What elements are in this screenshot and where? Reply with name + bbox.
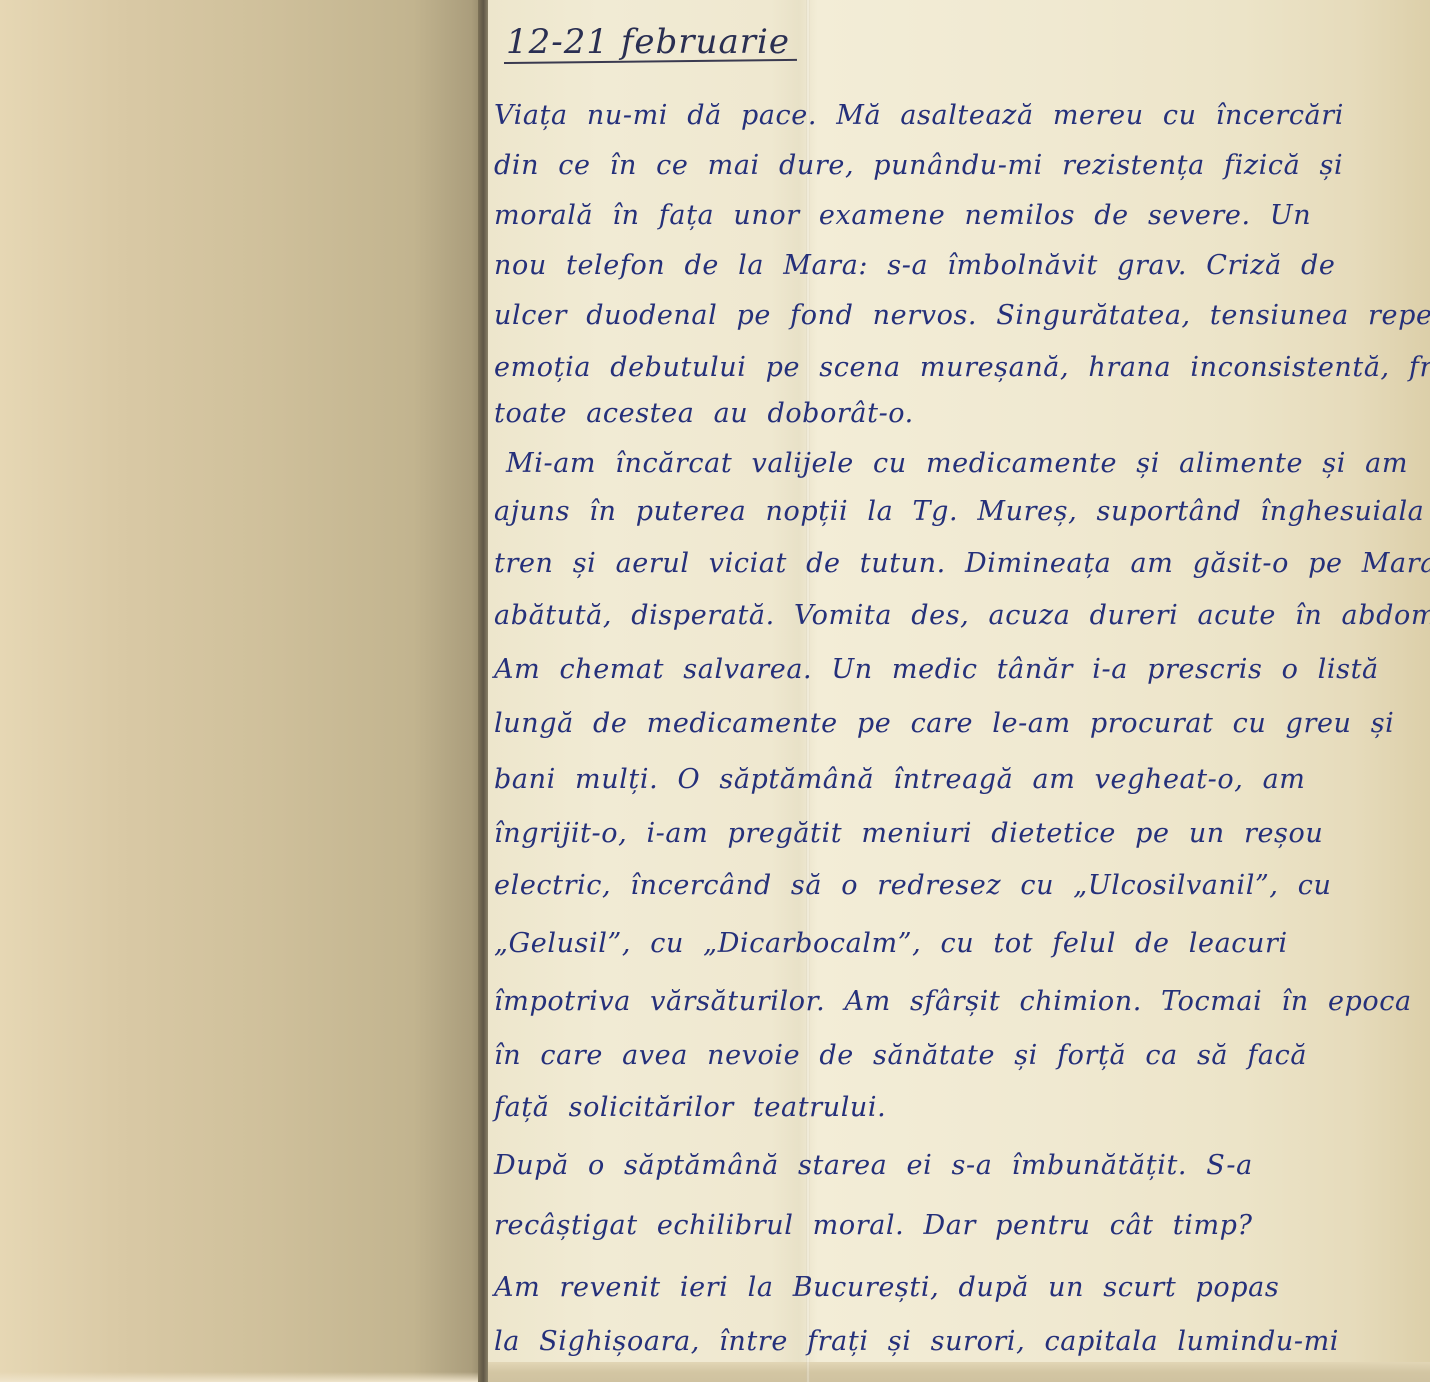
text-line: ulcer duodenal pe fond nervos. Singurăta… [494,300,1430,331]
entry-date-title: 12-21 februarie [506,22,790,62]
blank-left-page [0,0,486,1382]
diary-entry: 12-21 februarie Viața nu-mi dă pace. Mă … [488,0,1430,1382]
text-line: la Sighișoara, între frați și surori, ca… [494,1326,1339,1357]
text-line: După o săptămână starea ei s-a îmbunătăț… [494,1150,1253,1181]
text-line: nou telefon de la Mara: s-a îmbolnăvit g… [494,250,1335,281]
text-line: în care avea nevoie de sănătate și forță… [494,1040,1307,1071]
text-line: lungă de medicamente pe care le-am procu… [494,708,1394,739]
text-line: toate acestea au doborât-o. [494,398,914,429]
text-line: „Gelusil”, cu „Dicarbocalm”, cu tot felu… [494,928,1288,959]
text-line: Viața nu-mi dă pace. Mă asaltează mereu … [494,100,1344,131]
text-line: Am chemat salvarea. Un medic tânăr i-a p… [494,654,1379,685]
text-line: față solicitărilor teatrului. [494,1092,886,1123]
text-line: Mi-am încărcat valijele cu medicamente ș… [506,448,1408,479]
text-line: morală în fața unor examene nemilos de s… [494,200,1311,231]
text-line: recâștigat echilibrul moral. Dar pentru … [494,1210,1253,1241]
text-line: bani mulți. O săptămână întreagă am vegh… [494,764,1306,795]
text-line: tren și aerul viciat de tutun. Dimineața… [494,548,1430,579]
text-line: ajuns în puterea nopții la Tg. Mureș, su… [494,496,1430,527]
text-line: din ce în ce mai dure, punându-mi rezist… [494,150,1343,181]
text-line: împotriva vărsăturilor. Am sfârșit chimi… [494,986,1412,1017]
text-line: îngrijit-o, i-am pregătit meniuri dietet… [494,818,1323,849]
text-line: electric, încercând să o redresez cu „Ul… [494,870,1331,901]
text-line: emoția debutului pe scena mureșană, hran… [494,352,1430,383]
notebook-spread: 12-21 februarie Viața nu-mi dă pace. Mă … [0,0,1430,1382]
text-line: abătută, disperată. Vomita des, acuza du… [494,600,1430,631]
text-line: Am revenit ieri la București, după un sc… [494,1272,1279,1303]
